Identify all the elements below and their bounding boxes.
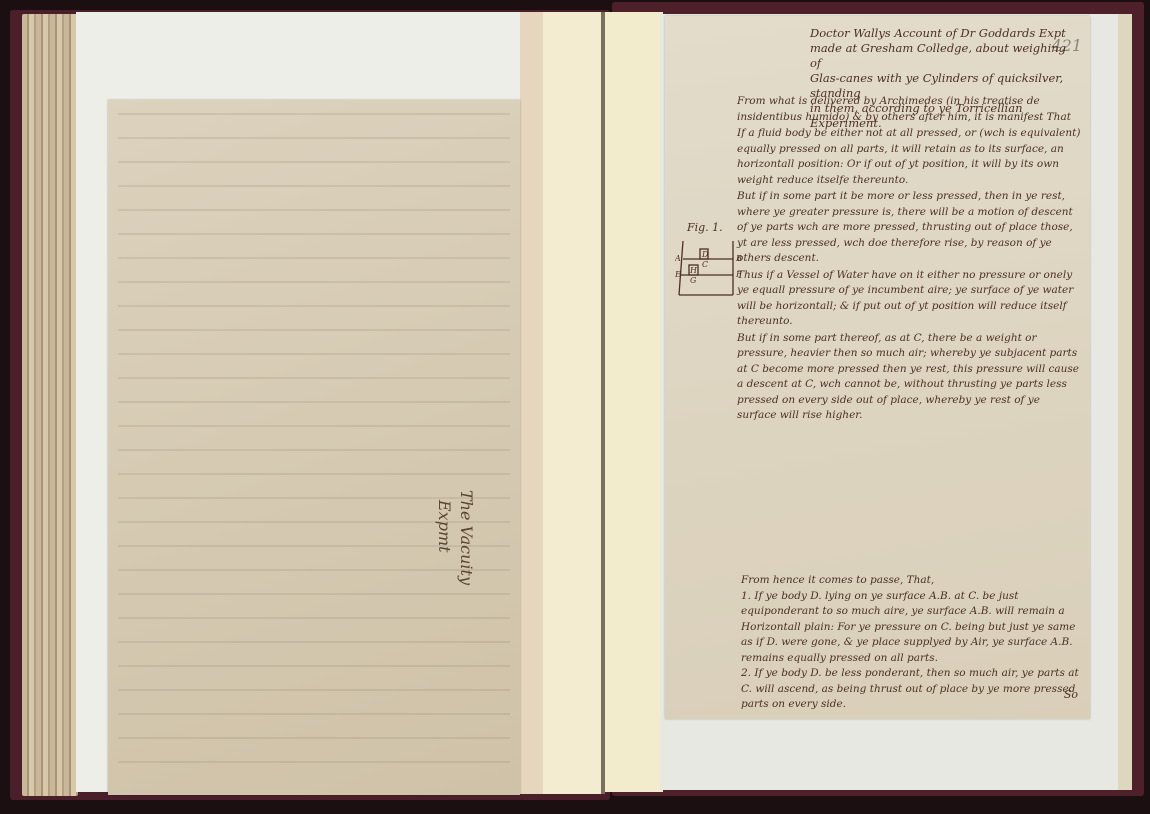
page-edges-stack: [22, 14, 78, 796]
svg-text:H: H: [689, 266, 698, 275]
conclusion-item: 1. If ye body D. lying on ye surface A.B…: [741, 589, 1086, 667]
body-paragraph: From what is delivered by Archimedes (in…: [737, 94, 1082, 125]
left-manuscript-leaf: [108, 100, 520, 795]
endorsement-line-1: The Vacuity: [457, 490, 476, 585]
svg-text:B: B: [735, 254, 742, 263]
svg-text:A: A: [675, 254, 681, 263]
vessel-diagram-icon: AB CD EF GH: [675, 239, 745, 299]
svg-text:G: G: [690, 276, 697, 285]
manuscript-body: From what is delivered by Archimedes (in…: [737, 94, 1082, 425]
conclusion-intro: From hence it comes to passe, That,: [741, 573, 1086, 589]
body-paragraph: Thus if a Vessel of Water have on it eit…: [737, 268, 1082, 330]
svg-text:D: D: [701, 250, 709, 259]
svg-text:C: C: [702, 260, 708, 269]
title-line: Doctor Wallys Account of Dr Goddards Exp…: [810, 26, 1070, 41]
body-paragraph: But if in some part it be more or less p…: [737, 189, 1082, 267]
figure-label: Fig. 1.: [687, 221, 723, 234]
endorsement-line-2: Expmt: [435, 500, 454, 553]
left-cream-guard: [543, 12, 602, 794]
catchword: So: [1064, 688, 1078, 701]
title-line: made at Gresham Colledge, about weighing…: [810, 41, 1070, 71]
svg-text:E: E: [675, 270, 681, 279]
right-cream-guard: [605, 12, 663, 792]
conclusions: From hence it comes to passe, That, 1. I…: [741, 573, 1086, 713]
conclusion-item: 2. If ye body D. be less ponderant, then…: [741, 666, 1086, 713]
endorsement: The Vacuity Expmt: [432, 490, 492, 620]
body-paragraph: But if in some part thereof, as at C, th…: [737, 331, 1082, 424]
figure-1: Fig. 1. AB CD EF GH: [675, 221, 745, 301]
right-manuscript-leaf: 421 Doctor Wallys Account of Dr Goddards…: [665, 16, 1090, 719]
svg-text:F: F: [735, 270, 742, 279]
right-page-edges: [1118, 14, 1132, 790]
body-paragraph: If a fluid body be either not at all pre…: [737, 126, 1082, 188]
show-through-text: [118, 110, 510, 785]
